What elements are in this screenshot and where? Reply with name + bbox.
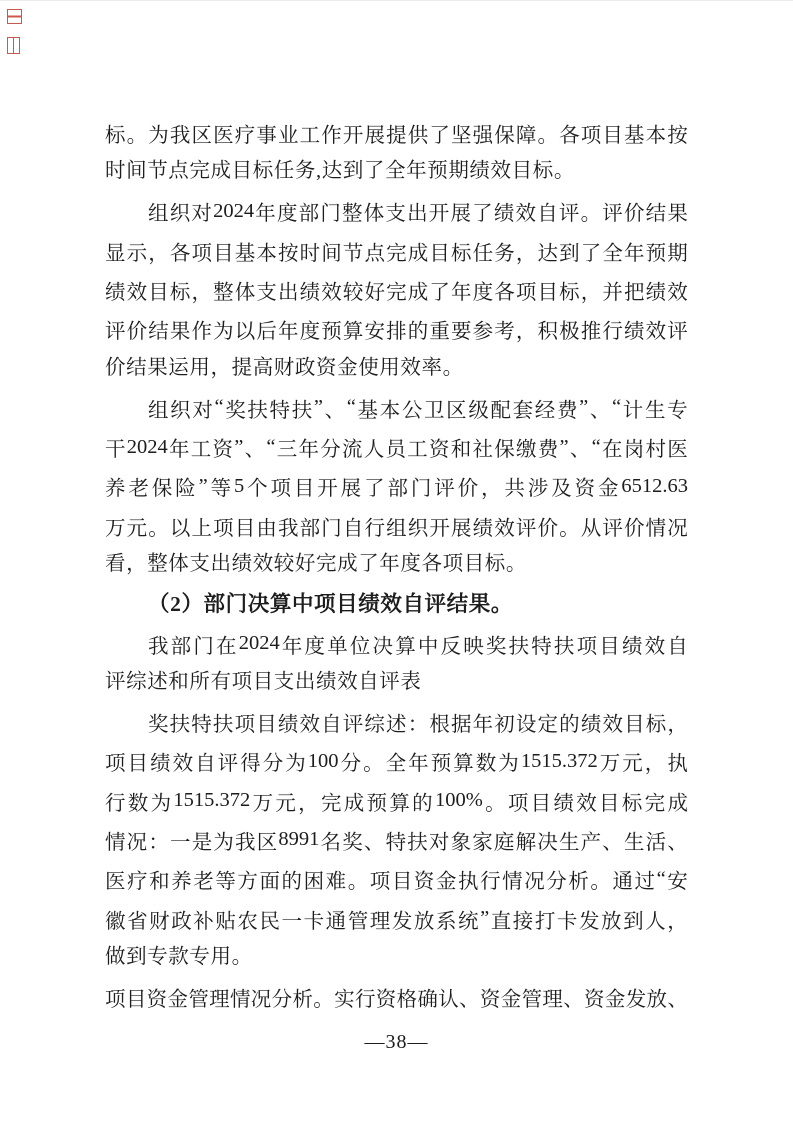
text-line-8: 组织对“奖扶特扶”、“基本公卫区级配套经费”、“计生专 <box>105 388 688 427</box>
red-stamp-artifact-2 <box>7 37 20 54</box>
text-line-20: 医疗和养老等方面的困难。项目资金执行情况分析。通过“安 <box>105 860 688 899</box>
document-page: 标。为我区医疗事业工作开展提供了坚强保障。各项目基本按时间节点完成目标任务,达到… <box>0 0 793 1122</box>
section-heading: （2）部门决算中项目绩效自评结果。 <box>105 585 688 624</box>
text-line-18: 行数为1515.372万元，完成预算的100%。项目绩效目标完成 <box>105 781 688 820</box>
page-number: —38— <box>0 1031 793 1054</box>
text-line-21: 徽省财政补贴农民一卡通管理发放系统”直接打卡发放到人， <box>105 899 688 938</box>
document-body: 标。为我区医疗事业工作开展提供了坚强保障。各项目基本按时间节点完成目标任务,达到… <box>105 113 688 1017</box>
text-line-2: 时间节点完成目标任务,达到了全年预期绩效目标。 <box>105 152 688 191</box>
text-line-19: 情况：一是为我区8991名奖、特扶对象家庭解决生产、生活、 <box>105 820 688 859</box>
red-stamp-artifact-1 <box>7 9 22 24</box>
text-line-15: 评综述和所有项目支出绩效自评表 <box>105 663 688 702</box>
page-top-edge <box>0 0 793 1</box>
text-line-5: 绩效目标，整体支出绩效较好完成了年度各项目标，并把绩效 <box>105 270 688 309</box>
text-line-12: 看，整体支出绩效较好完成了年度各项目标。 <box>105 545 688 584</box>
text-line-14: 我部门在2024年度单位决算中反映奖扶特扶项目绩效自 <box>105 624 688 663</box>
text-line-1: 标。为我区医疗事业工作开展提供了坚强保障。各项目基本按 <box>105 113 688 152</box>
text-line-11: 万元。以上项目由我部门自行组织开展绩效评价。从评价情况 <box>105 506 688 545</box>
text-line-9: 干2024年工资”、“三年分流人员工资和社保缴费”、“在岗村医 <box>105 427 688 466</box>
text-line-3: 组织对2024年度部门整体支出开展了绩效自评。评价结果 <box>105 192 688 231</box>
text-line-22: 做到专款专用。 <box>105 938 688 977</box>
text-line-10: 养老保险”等5个项目开展了部门评价，共涉及资金6512.63 <box>105 467 688 506</box>
text-line-16: 奖扶特扶项目绩效自评综述：根据年初设定的绩效目标， <box>105 702 688 741</box>
text-line-4: 显示，各项目基本按时间节点完成目标任务，达到了全年预期 <box>105 231 688 270</box>
text-line-17: 项目绩效自评得分为100分。全年预算数为1515.372万元，执 <box>105 742 688 781</box>
text-line-23: 项目资金管理情况分析。实行资格确认、资金管理、资金发放、 <box>105 978 688 1017</box>
text-line-7: 价结果运用，提高财政资金使用效率。 <box>105 349 688 388</box>
text-line-6: 评价结果作为以后年度预算安排的重要参考，积极推行绩效评 <box>105 309 688 348</box>
